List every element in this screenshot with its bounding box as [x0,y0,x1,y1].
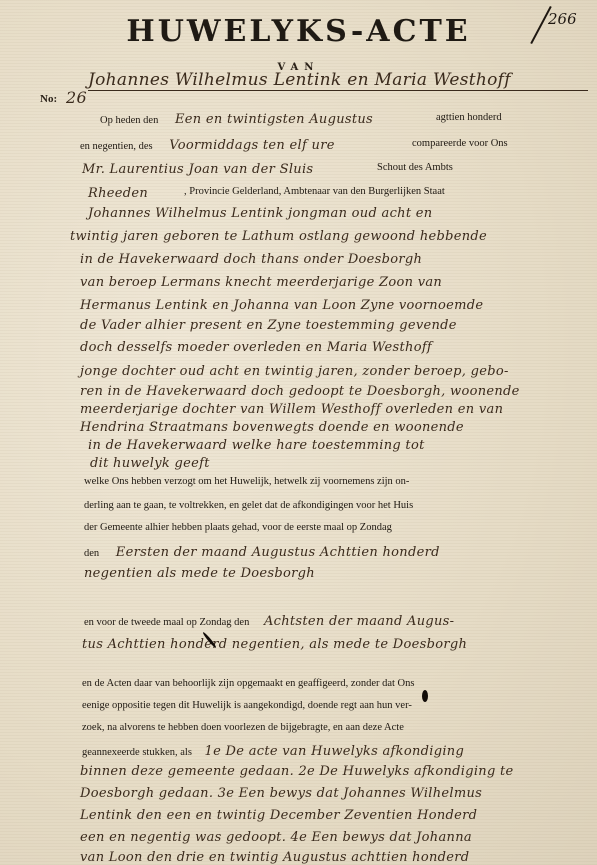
handwritten-text: Eersten der maand Augustus Achttien hond… [116,545,440,560]
handwritten-line: doch desselfs moeder overleden en Maria … [80,340,432,355]
printed-line: welke Ons hebben verzogt om het Huwelijk… [84,476,409,487]
handwritten-line: twintig jaren geboren te Lathum ostlang … [70,229,487,244]
printed-text: den [84,548,99,559]
handwritten-text: Rheeden [88,186,148,201]
printed-text: Schout des Ambts [377,162,453,173]
handwritten-line: Doesborgh gedaan. 3e Een bewys dat Johan… [80,786,482,801]
handwritten-line: binnen deze gemeente gedaan. 2e De Huwel… [80,764,514,779]
handwritten-line: ren in de Havekerwaard doch gedoopt te D… [80,384,520,399]
second-announcement-line-2: tus Achttien honderd negentien, als mede… [82,637,467,652]
handwritten-line: meerderjarige dochter van Willem Westhof… [80,402,503,417]
handwritten-line: Hendrina Straatmans bovenwegts doende en… [80,420,464,435]
handwritten-line: een en negentig was gedoopt. 4e Een bewy… [80,830,472,845]
first-announcement-line-2: negentien als mede te Doesborgh [84,566,315,581]
printed-text: en voor de tweede maal op Zondag den [84,617,249,628]
printed-line: eenige oppositie tegen dit Huwelijk is a… [82,700,412,711]
handwritten-line: de Vader alhier present en Zyne toestemm… [80,318,457,333]
opening-line-4: Rheeden , Provincie Gelderland, Ambtenaa… [88,186,148,201]
printed-text: compareerde voor Ons [412,138,508,149]
printed-text: en negentien, des [80,141,153,152]
document-title: HUWELYKS-ACTE [0,14,597,49]
handwritten-line: dit huwelyk geeft [90,456,210,471]
number-value: 26 [66,88,87,107]
printed-line: zoek, na alvorens te hebben doen voorlez… [82,722,404,733]
handwritten-text: Mr. Laurentius Joan van der Sluis [82,162,313,177]
printed-text: agttien honderd [436,112,502,123]
opening-line-1: Op heden den Een en twintigsten Augustus… [100,112,391,127]
handwritten-line: in de Havekerwaard doch thans onder Does… [80,252,422,267]
handwritten-text: Voormiddags ten elf ure [169,138,334,153]
number-label: No: [40,93,57,105]
handwritten-line: jonge dochter oud acht en twintig jaren,… [80,364,509,379]
ink-blot-mark [422,690,428,702]
folio-number: 266 [548,10,577,28]
handwritten-line: Lentink den een en twintig December Zeve… [80,808,477,823]
second-announcement-line-1: en voor de tweede maal op Zondag den Ach… [84,614,454,629]
handwritten-line: Johannes Wilhelmus Lentink jongman oud a… [88,206,432,221]
handwritten-text: 1e De acte van Huwelyks afkondiging [205,744,465,759]
marriage-certificate-page: HUWELYKS-ACTE 266 VAN Johannes Wilhelmus… [0,0,597,865]
annexes-line-1: geannexeerde stukken, als 1e De acte van… [82,744,464,759]
first-announcement-line-1: den Eersten der maand Augustus Achttien … [84,545,440,560]
handwritten-line: Hermanus Lentink en Johanna van Loon Zyn… [80,298,483,313]
handwritten-line: in de Havekerwaard welke hare toestemmin… [88,438,425,453]
printed-line: en de Acten daar van behoorlijk zijn opg… [82,678,414,689]
parties-names: Johannes Wilhelmus Lentink en Maria West… [88,70,588,91]
handwritten-text: Een en twintigsten Augustus [175,112,373,127]
printed-text: geannexeerde stukken, als [82,747,192,758]
printed-text: Op heden den [100,115,158,126]
printed-text: , Provincie Gelderland, Ambtenaar van de… [184,186,445,197]
handwritten-line: van beroep Lermans knecht meerderjarige … [80,275,442,290]
handwritten-text: Achtsten der maand Augus- [264,614,454,629]
handwritten-line: van Loon den drie en twintig Augustus ac… [80,850,469,865]
opening-line-3: Mr. Laurentius Joan van der Sluis Schout… [82,162,313,177]
printed-line: derling aan te gaan, te voltrekken, en g… [84,500,413,511]
opening-line-2: en negentien, des Voormiddags ten elf ur… [80,138,349,153]
printed-line: der Gemeente alhier hebben plaats gehad,… [84,522,392,533]
